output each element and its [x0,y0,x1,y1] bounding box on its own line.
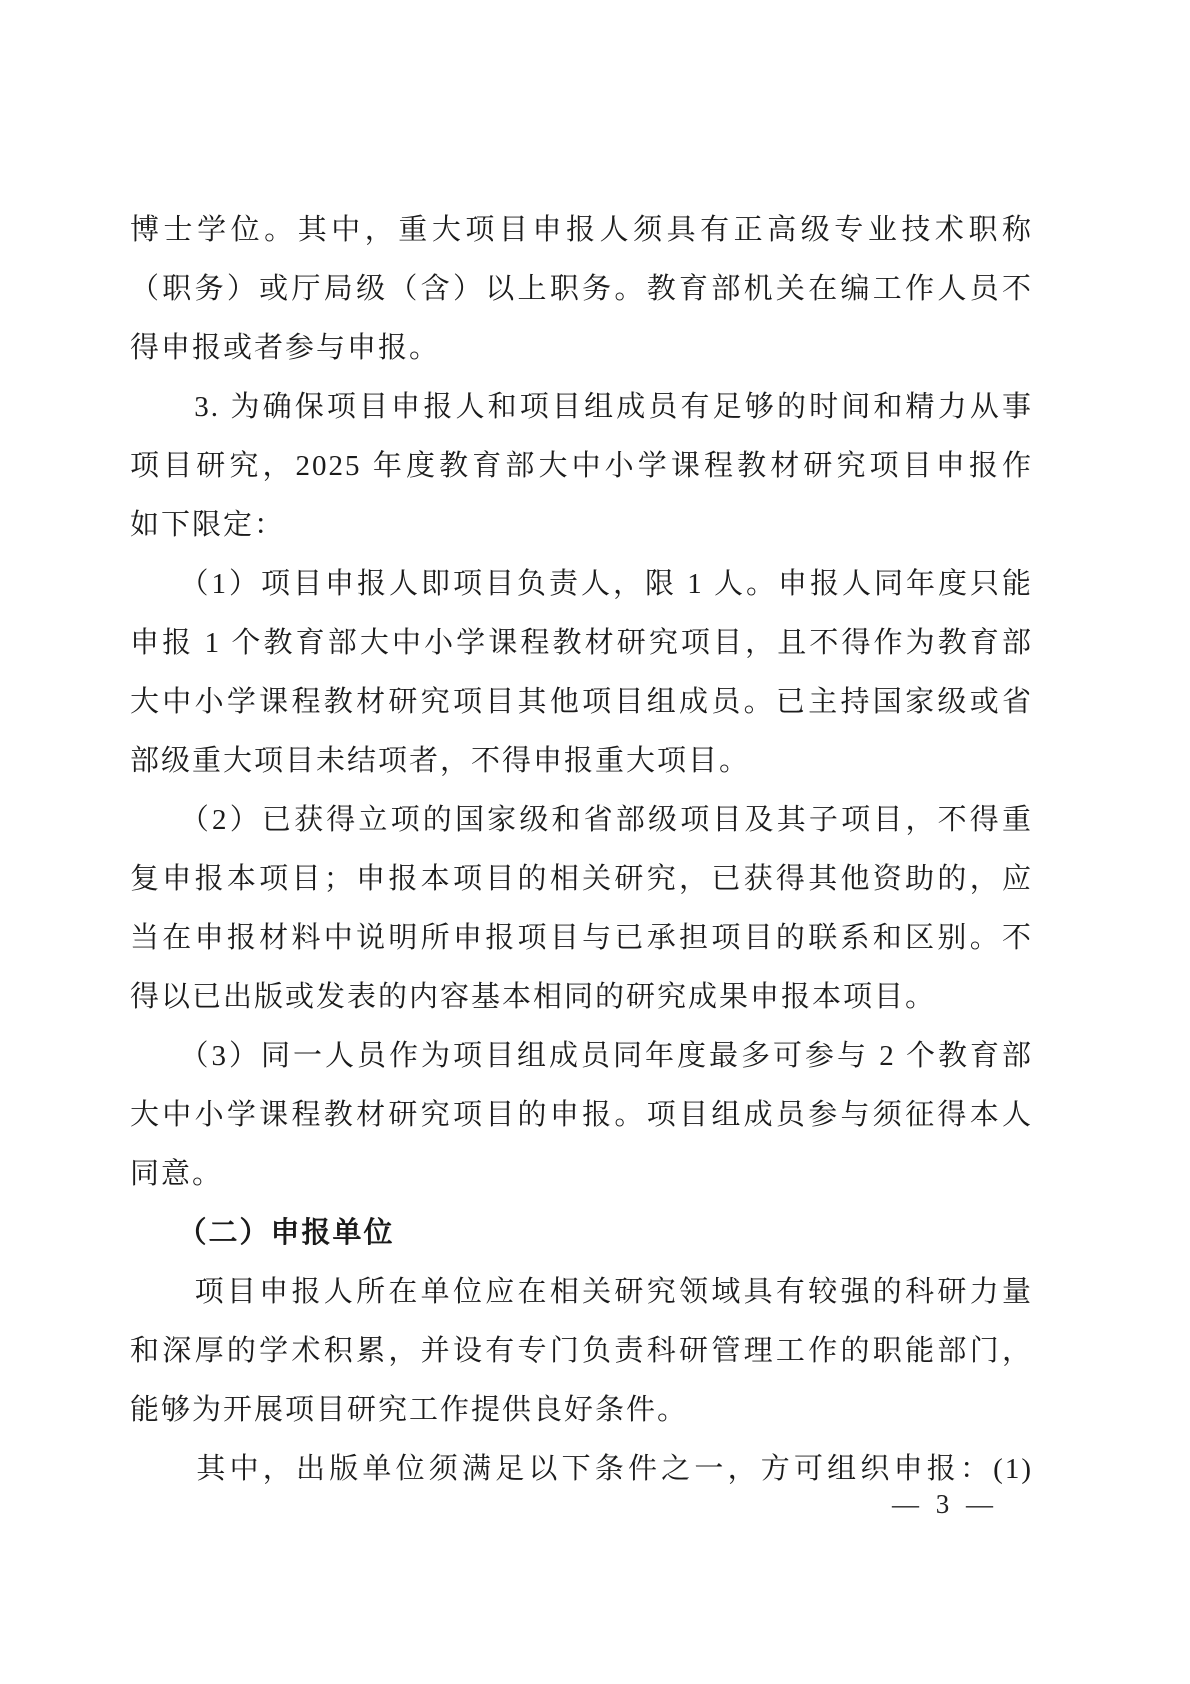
text-line: （1）项目申报人即项目负责人，限 1 人。申报人同年度只能 [130,555,1033,614]
text-line: 3. 为确保项目申报人和项目组成员有足够的时间和精力从事 [130,378,1033,437]
text-line: 同意。 [130,1145,1033,1204]
text-line: 博士学位。其中，重大项目申报人须具有正高级专业技术职称 [130,201,1033,260]
text-line: 得以已出版或发表的内容基本相同的研究成果申报本项目。 [130,968,1033,1027]
document-page: 博士学位。其中，重大项目申报人须具有正高级专业技术职称（职务）或厅局级（含）以上… [0,0,1190,1684]
text-line: 申报 1 个教育部大中小学课程教材研究项目，且不得作为教育部 [130,614,1033,673]
text-line: 和深厚的学术积累，并设有专门负责科研管理工作的职能部门， [130,1322,1033,1381]
text-line: 项目申报人所在单位应在相关研究领域具有较强的科研力量 [130,1263,1033,1322]
text-line: （二）申报单位 [130,1204,1033,1263]
page-number: — 3 — [892,1489,998,1519]
document-body: 博士学位。其中，重大项目申报人须具有正高级专业技术职称（职务）或厅局级（含）以上… [130,201,1033,1499]
text-line: 当在申报材料中说明所申报项目与已承担项目的联系和区别。不 [130,909,1033,968]
text-line: 项目研究，2025 年度教育部大中小学课程教材研究项目申报作 [130,437,1033,496]
text-line: 大中小学课程教材研究项目其他项目组成员。已主持国家级或省 [130,673,1033,732]
text-line: 如下限定： [130,496,1033,555]
page-footer: — 3 — [892,1487,998,1521]
text-line: 部级重大项目未结项者，不得申报重大项目。 [130,732,1033,791]
text-line: （职务）或厅局级（含）以上职务。教育部机关在编工作人员不 [130,260,1033,319]
text-line: 大中小学课程教材研究项目的申报。项目组成员参与须征得本人 [130,1086,1033,1145]
text-line: 能够为开展项目研究工作提供良好条件。 [130,1381,1033,1440]
text-line: 复申报本项目；申报本项目的相关研究，已获得其他资助的，应 [130,850,1033,909]
text-line: 得申报或者参与申报。 [130,319,1033,378]
text-line: （2）已获得立项的国家级和省部级项目及其子项目，不得重 [130,791,1033,850]
text-line: （3）同一人员作为项目组成员同年度最多可参与 2 个教育部 [130,1027,1033,1086]
